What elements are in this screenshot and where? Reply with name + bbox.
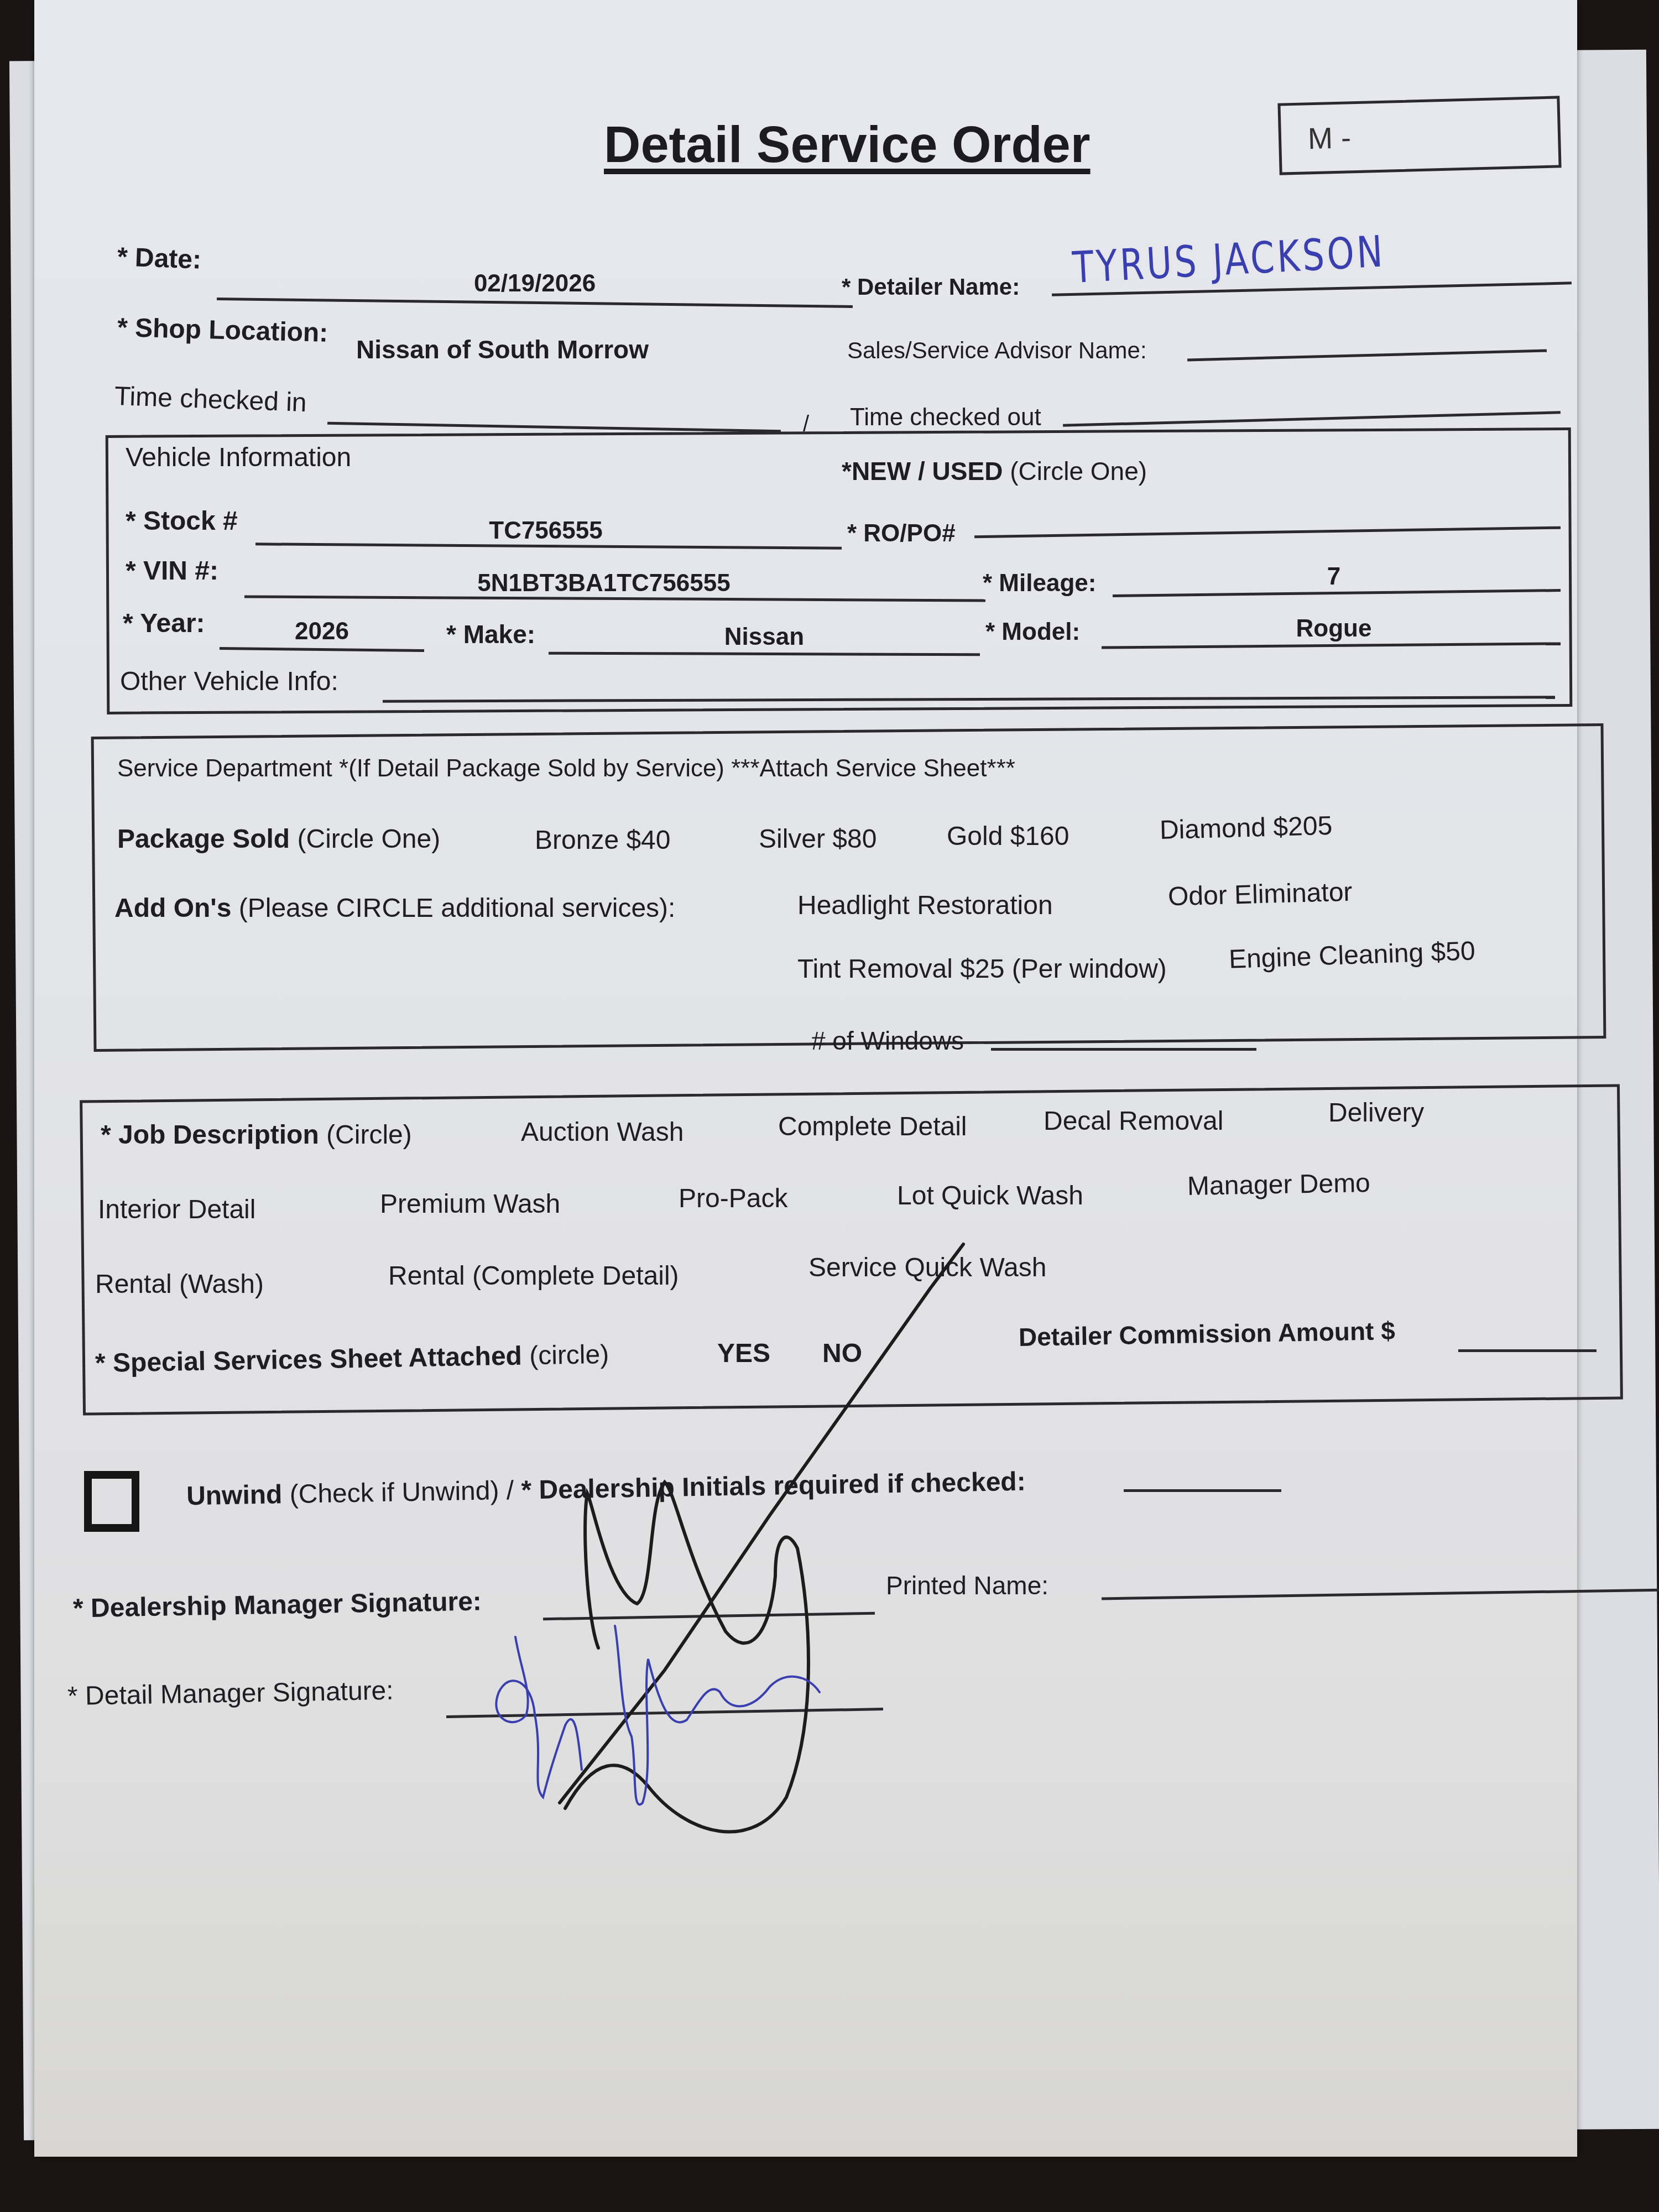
unwind-label: Unwind: [186, 1480, 283, 1511]
advisor-line[interactable]: [1187, 349, 1547, 361]
mileage-label: * Mileage:: [983, 570, 1096, 597]
detail-manager-signature-label: * Detail Manager Signature:: [67, 1676, 394, 1712]
other-vehicle-info-label: Other Vehicle Info:: [120, 666, 338, 697]
advisor-label: Sales/Service Advisor Name:: [847, 337, 1147, 364]
model-value[interactable]: Rogue: [1102, 615, 1566, 643]
time-out-label: Time checked out: [850, 404, 1041, 431]
addon-odor-eliminator[interactable]: Odor Eliminator: [1167, 877, 1353, 912]
printed-name-label: Printed Name:: [886, 1571, 1048, 1600]
form-title: Detail Service Order: [604, 116, 1091, 174]
shop-location-value[interactable]: Nissan of South Morrow: [356, 335, 649, 364]
package-option-silver[interactable]: Silver $80: [759, 824, 877, 854]
unwind-hint: (Check if Unwind) /: [289, 1476, 514, 1509]
m-number-label: M -: [1307, 121, 1352, 156]
windows-line[interactable]: [991, 1048, 1256, 1051]
special-services-no[interactable]: NO: [822, 1338, 862, 1369]
detail-manager-signature-line[interactable]: [446, 1708, 883, 1718]
mileage-value[interactable]: 7: [1113, 563, 1555, 591]
dealership-initials-line[interactable]: [1124, 1489, 1281, 1492]
addon-headlight-restoration[interactable]: Headlight Restoration: [797, 890, 1053, 921]
job-option-decal-removal[interactable]: Decal Removal: [1044, 1106, 1223, 1136]
job-option-rental-complete-detail[interactable]: Rental (Complete Detail): [388, 1261, 679, 1291]
service-heading: Service Department *(If Detail Package S…: [117, 755, 1015, 782]
date-label: * Date:: [117, 242, 202, 275]
detail-service-order-form: Detail Service Order M - * Date: 02/19/2…: [34, 0, 1577, 2157]
vin-value[interactable]: 5N1BT3BA1TC756555: [244, 570, 963, 597]
detailer-name-label: * Detailer Name:: [842, 274, 1020, 300]
make-label: * Make:: [446, 619, 535, 649]
job-option-rental-wash[interactable]: Rental (Wash): [95, 1269, 264, 1300]
printed-name-line[interactable]: [1102, 1588, 1659, 1600]
unwind-checkbox[interactable]: [84, 1471, 139, 1532]
job-option-delivery[interactable]: Delivery: [1328, 1098, 1424, 1128]
job-option-complete-detail[interactable]: Complete Detail: [778, 1112, 967, 1142]
dealership-manager-signature-line[interactable]: [543, 1612, 875, 1620]
job-option-service-quick-wash[interactable]: Service Quick Wash: [808, 1253, 1046, 1283]
package-option-bronze[interactable]: Bronze $40: [535, 825, 671, 855]
model-label: * Model:: [985, 618, 1080, 646]
dealership-initials-label: * Dealership Initials required if checke…: [521, 1467, 1026, 1505]
job-description-hint: (Circle): [326, 1120, 412, 1150]
detailer-name-value[interactable]: TYRUS JACKSON: [1071, 227, 1386, 293]
add-ons-hint: (Please CIRCLE additional services):: [239, 894, 676, 923]
commission-line[interactable]: [1458, 1349, 1597, 1352]
date-line: [217, 298, 853, 308]
addon-tint-removal[interactable]: Tint Removal $25 (Per window): [797, 954, 1167, 984]
job-option-pro-pack[interactable]: Pro-Pack: [679, 1183, 787, 1214]
date-value[interactable]: 02/19/2026: [217, 270, 853, 298]
time-in-label: Time checked in: [114, 381, 307, 418]
vin-label: * VIN #:: [126, 556, 218, 586]
dealership-manager-signature-label: * Dealership Manager Signature:: [73, 1587, 482, 1624]
package-sold-hint: (Circle One): [297, 825, 440, 854]
special-services-yes[interactable]: YES: [717, 1338, 770, 1369]
add-ons-label: Add On's: [114, 894, 231, 923]
job-option-auction-wash[interactable]: Auction Wash: [521, 1117, 684, 1147]
job-description-field: * Job Description (Circle): [101, 1120, 412, 1150]
make-value[interactable]: Nissan: [549, 623, 980, 651]
package-option-gold[interactable]: Gold $160: [947, 821, 1070, 852]
vehicle-section-label: Vehicle Information: [126, 442, 351, 473]
stock-label: * Stock #: [126, 506, 238, 536]
windows-label: # of Windows: [811, 1026, 964, 1056]
new-used-label: *NEW / USED: [842, 457, 1003, 486]
m-number-box[interactable]: M -: [1277, 96, 1561, 175]
ro-po-label: * RO/PO#: [847, 520, 956, 547]
new-used-hint: (Circle One): [1010, 457, 1147, 486]
job-option-interior-detail[interactable]: Interior Detail: [98, 1194, 255, 1225]
package-sold-field: Package Sold (Circle One): [117, 824, 440, 854]
job-description-label: * Job Description: [101, 1120, 319, 1150]
add-ons-field: Add On's (Please CIRCLE additional servi…: [114, 893, 675, 924]
unwind-field: Unwind (Check if Unwind) / * Dealership …: [186, 1467, 1026, 1511]
year-label: * Year:: [123, 608, 205, 639]
time-in-line[interactable]: [327, 422, 781, 432]
package-sold-label: Package Sold: [117, 825, 290, 854]
shop-location-label: * Shop Location:: [117, 312, 328, 348]
job-option-lot-quick-wash[interactable]: Lot Quick Wash: [897, 1181, 1083, 1211]
new-used-field[interactable]: *NEW / USED (Circle One): [842, 456, 1147, 486]
year-value[interactable]: 2026: [222, 618, 421, 645]
stock-value[interactable]: TC756555: [255, 517, 836, 545]
special-services-hint: (circle): [529, 1340, 609, 1371]
package-option-diamond[interactable]: Diamond $205: [1159, 811, 1333, 846]
time-out-line[interactable]: [1063, 411, 1561, 427]
job-option-premium-wash[interactable]: Premium Wash: [380, 1189, 560, 1219]
job-option-manager-demo[interactable]: Manager Demo: [1187, 1168, 1371, 1202]
